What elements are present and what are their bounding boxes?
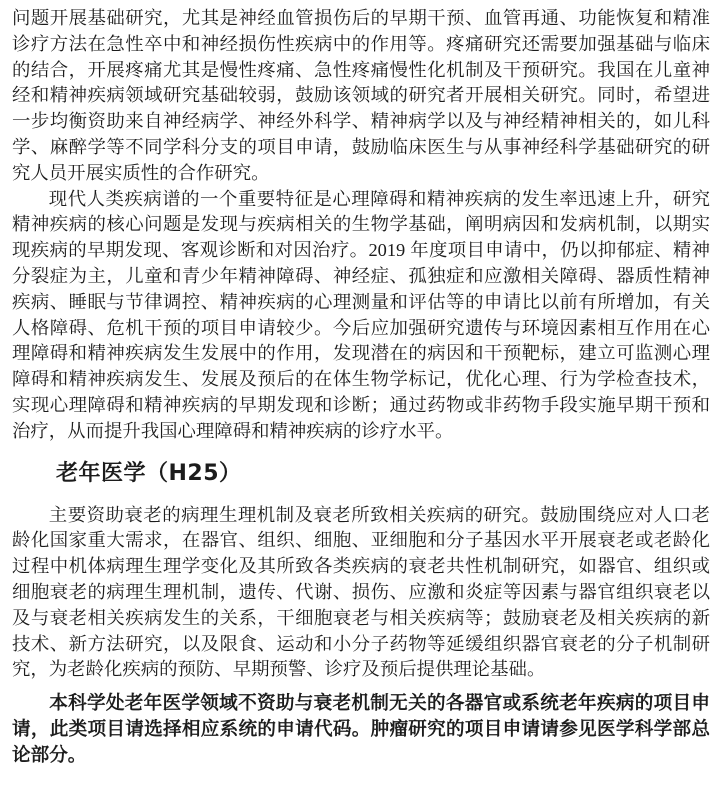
- paragraph-funding-scope-note: 本科学处老年医学领域不资助与衰老机制无关的各器官或系统老年疾病的项目申请，此类项…: [12, 691, 710, 768]
- paragraph-mental-illness-research: 现代人类疾病谱的一个重要特征是心理障碍和精神疾病的发生率迅速上升，研究精神疾病的…: [12, 187, 710, 445]
- section-heading-geriatric-medicine: 老年医学（H25）: [12, 459, 710, 489]
- paragraph-neuroscience-pain-research: 问题开展基础研究，尤其是神经血管损伤后的早期干预、血管再通、功能恢复和精准诊疗方…: [12, 6, 710, 187]
- paragraph-aging-mechanism-research: 主要资助衰老的病理生理机制及衰老所致相关疾病的研究。鼓励围绕应对人口老龄化国家重…: [12, 503, 710, 684]
- document-page: 问题开展基础研究，尤其是神经血管损伤后的早期干预、血管再通、功能恢复和精准诊疗方…: [0, 0, 720, 789]
